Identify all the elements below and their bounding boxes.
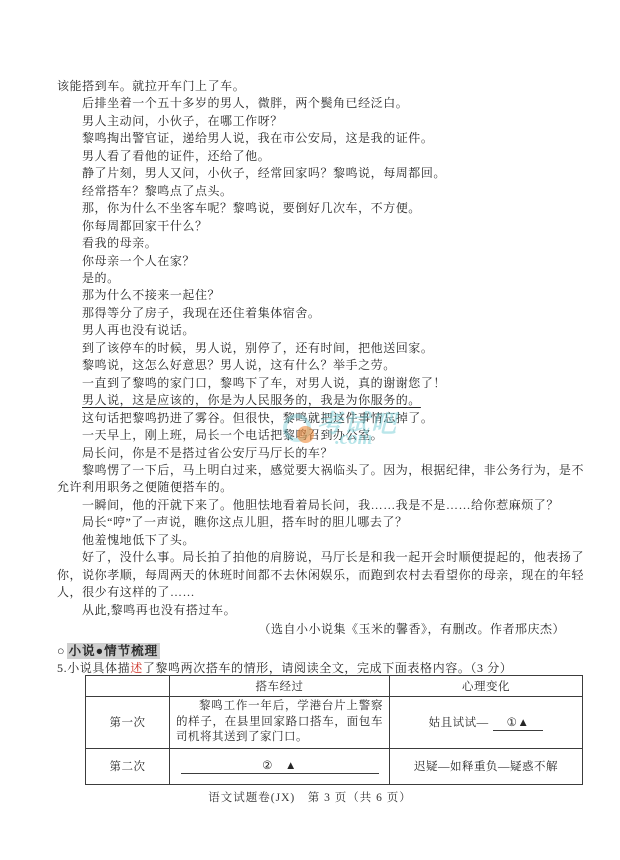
- story-line: 这句话把黎鸣扔进了雾谷。但很快，黎鸣就把这件事情忘掉了。: [57, 410, 565, 427]
- first-mind-prefix: 姑且试试—: [429, 717, 489, 729]
- story-line: 你母亲一个人在家？: [57, 253, 565, 270]
- story-line: 一瞬间，他的汗就下来了。他胆怯地看着局长问，我……我是不是……给你惹麻烦了？: [57, 497, 565, 514]
- story-line: 好了，没什么事。局长拍了拍他的肩膀说，马厅长是和我一起开会时顺便提起的，他表扬了: [57, 549, 565, 566]
- story-line: 男人再也没有说话。: [57, 322, 565, 339]
- section-header: ○小说●情节梳理: [57, 641, 160, 659]
- story-line: 你每周都回家干什么？: [57, 218, 565, 235]
- second-process-cell: ② ▲: [170, 748, 390, 784]
- story-line: 后排坐着一个五十多岁的男人，微胖，两个鬓角已经泛白。: [57, 95, 565, 112]
- story-line: 那，你为什么不坐客车呢？黎鸣说，要倒好几次车，不方便。: [57, 200, 565, 217]
- story-line: 局长“哼”了一声说，瞧你这点儿胆，搭车时的胆儿哪去了？: [57, 514, 565, 531]
- story-line: 是的。: [57, 270, 565, 287]
- table-header-empty: [86, 676, 170, 697]
- story-line: 黎鸣愣了一下后，马上明白过来，感觉要大祸临头了。因为，根据纪律，非公务行为，是不: [57, 462, 565, 479]
- first-process-cell: 黎鸣工作一年后，学港台片上警察的样子，在县里回家路口搭车，面包车司机将其送到了家…: [170, 697, 390, 749]
- story-line: 那为什么不接来一起住？: [57, 287, 565, 304]
- story-line: 经常搭车？黎鸣点了点头。: [57, 183, 565, 200]
- table-header-row: 搭车经过 心理变化: [86, 676, 583, 697]
- story-line: 黎鸣说，这怎么好意思？男人说，这有什么？举手之劳。: [57, 357, 565, 374]
- story-line: 到了该停车的时候，男人说，别停了，还有时间，把他送回家。: [57, 340, 565, 357]
- story-line: 看我的母亲。: [57, 235, 565, 252]
- table-row-second: 第二次 ② ▲ 迟疑—如释重负—疑惑不解: [86, 748, 583, 784]
- table-header-process: 搭车经过: [170, 676, 390, 697]
- story-line: 该能搭到车。就拉开车门上了车。: [57, 78, 565, 95]
- answer-blank-1: ①▲: [493, 716, 544, 731]
- document-page: 该能搭到车。就拉开车门上了车。 后排坐着一个五十多岁的男人，微胖，两个鬓角已经泛…: [0, 0, 620, 860]
- story-line: 黎鸣掏出警官证，递给男人说，我在市公安局，这是我的证件。: [57, 130, 565, 147]
- table-row-first: 第一次 黎鸣工作一年后，学港台片上警察的样子，在县里回家路口搭车，面包车司机将其…: [86, 697, 583, 749]
- story-line: 他羞愧地低下了头。: [57, 532, 565, 549]
- question-red-char: 述: [130, 661, 143, 675]
- first-process-text: 黎鸣工作一年后，学港台片上警察的样子，在县里回家路口搭车，面包车司机将其送到了家…: [176, 699, 383, 746]
- story-line: 一直到了黎鸣的家门口，黎鸣下了车，对男人说，真的谢谢您了！: [57, 375, 565, 392]
- story-text: 该能搭到车。就拉开车门上了车。 后排坐着一个五十多岁的男人，微胖，两个鬓角已经泛…: [57, 78, 565, 639]
- story-line-underlined: 男人说，这是应该的，你是为人民服务的，我是为你服务的。: [57, 392, 565, 409]
- question-text: 5.小说具体描: [57, 661, 130, 675]
- story-line: 那得等分了房子，我现在还住着集体宿舍。: [57, 305, 565, 322]
- story-line: 局长问，你是不是搭过省公安厅马厅长的车？: [57, 445, 565, 462]
- answer-blank-2: ② ▲: [181, 759, 379, 774]
- story-line: 男人看了看他的证件，还给了他。: [57, 148, 565, 165]
- row-label-second: 第二次: [86, 748, 170, 784]
- story-attribution: （选自小小说集《玉米的馨香》，有删改。作者邢庆杰）: [57, 621, 565, 638]
- answer-table: 搭车经过 心理变化 第一次 黎鸣工作一年后，学港台片上警察的样子，在县里回家路口…: [85, 675, 583, 785]
- section-circle-icon: ○: [57, 644, 66, 658]
- second-mind-cell: 迟疑—如释重负—疑惑不解: [390, 748, 583, 784]
- section-title: 小说●情节梳理: [67, 643, 161, 659]
- story-line: 从此,黎鸣再也没有搭过车。: [57, 602, 565, 619]
- story-line: 静了片刻，男人又问，小伙子，经常回家吗？黎鸣说，每周都回。: [57, 165, 565, 182]
- row-label-first: 第一次: [86, 697, 170, 749]
- story-line: 允许利用职务之便随便搭车的。: [57, 479, 565, 496]
- question-5: 5.小说具体描述了黎鸣两次搭车的情形，请阅读全文，完成下面表格内容。（3 分）: [57, 659, 565, 676]
- table-header-mind: 心理变化: [390, 676, 583, 697]
- story-line: 一天早上，刚上班，局长一个电话把黎鸣召到办公室。: [57, 427, 565, 444]
- story-line: 男人主动问，小伙子，在哪工作呀？: [57, 113, 565, 130]
- story-line: 你，说你孝顺，每周两天的休班时间都不去休闲娱乐，而跑到农村去看望你的母亲，现在的…: [57, 567, 565, 584]
- page-footer: 语文试题卷(JX) 第 3 页（共 6 页）: [0, 789, 620, 805]
- first-mind-cell: 姑且试试—①▲: [390, 697, 583, 749]
- question-text: 了黎鸣两次搭车的情形，请阅读全文，完成下面表格内容。（3 分）: [143, 661, 513, 675]
- story-line: 人，很少有这样的了……: [57, 584, 565, 601]
